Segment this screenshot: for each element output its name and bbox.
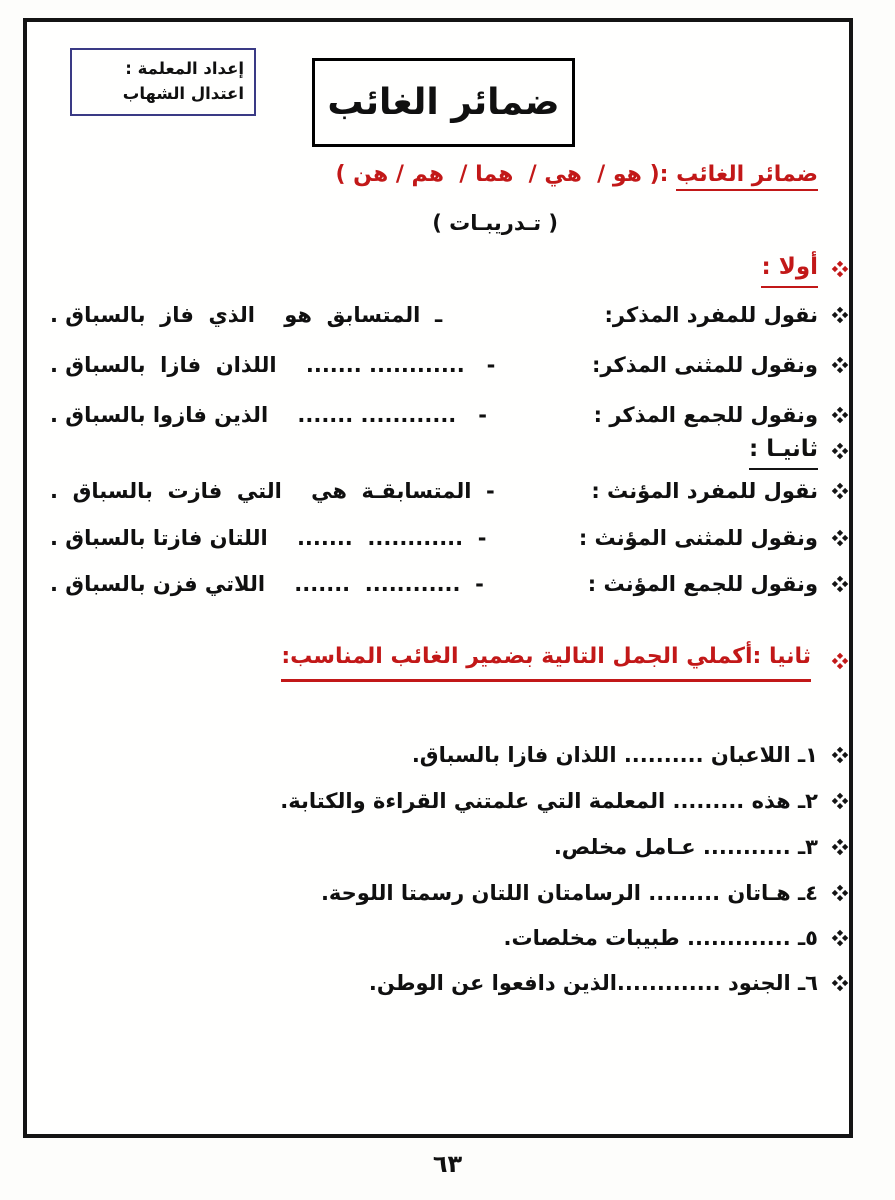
section-first-heading: أولا : — [761, 250, 818, 288]
diamond-bullet-icon — [831, 306, 849, 324]
exercise-item-5: ٥ـ ............. طبيبات مخلصات. — [504, 921, 819, 955]
rule-label: ونقول للجمع المؤنث : — [588, 567, 818, 601]
diamond-bullet-icon — [831, 575, 849, 593]
diamond-bullet-icon — [831, 974, 849, 992]
exercise-item-row: ١ـ اللاعبان .......... اللذان فازا بالسب… — [50, 738, 849, 772]
rule-content: - ............ ....... اللاتي فزن بالسبا… — [50, 567, 484, 601]
exercise-item-1: ١ـ اللاعبان .......... اللذان فازا بالسب… — [412, 738, 818, 772]
exercise-heading: ثانيا :أكملي الجمل التالية بضمير الغائب … — [281, 640, 811, 682]
rule-content: - المتسابقـة هي التي فازت بالسباق . — [50, 474, 495, 508]
exercise-item-row: ٥ـ ............. طبيبات مخلصات. — [50, 921, 849, 955]
exercise-item-row: ٤ـ هـاتان ......... الرسامتان اللتان رسم… — [50, 876, 849, 910]
section-first-heading-row: أولا : — [50, 250, 849, 288]
rule-row-fem-singular: نقول للمفرد المؤنث : - المتسابقـة هي الت… — [50, 474, 849, 508]
section-second-heading-row: ثانيـا : — [50, 432, 849, 470]
content-area: أولا : نقول للمفرد المذكر: ـ المتسابق هو… — [50, 0, 849, 1200]
rule-content: - ............ ....... اللتان فازتا بالس… — [50, 521, 486, 555]
rule-row-fem-dual: ونقول للمثنى المؤنث : - ............ ...… — [50, 521, 849, 555]
rule-label: ونقول للمثنى المذكر: — [592, 348, 818, 382]
diamond-bullet-icon — [831, 529, 849, 547]
rule-label: ونقول للجمع المذكر : — [594, 398, 818, 432]
exercise-item-row: ٦ـ الجنود .............الذين دافعوا عن ا… — [50, 966, 849, 1000]
diamond-bullet-icon — [831, 260, 849, 278]
exercise-item-4: ٤ـ هـاتان ......... الرسامتان اللتان رسم… — [321, 876, 818, 910]
diamond-bullet-icon — [831, 652, 849, 670]
exercise-item-row: ٢ـ هذه ......... المعلمة التي علمتني الق… — [50, 784, 849, 818]
section-second-heading: ثانيـا : — [749, 432, 818, 470]
exercise-item-2: ٢ـ هذه ......... المعلمة التي علمتني الق… — [280, 784, 818, 818]
rule-row-fem-plural: ونقول للجمع المؤنث : - ............ ....… — [50, 567, 849, 601]
rule-content: ـ المتسابق هو الذي فاز بالسباق . — [50, 298, 442, 332]
rule-label: ونقول للمثنى المؤنث : — [579, 521, 818, 555]
diamond-bullet-icon — [831, 442, 849, 460]
rule-row-masc-dual: ونقول للمثنى المذكر: - ............ ....… — [50, 348, 849, 382]
diamond-bullet-icon — [831, 746, 849, 764]
rule-content: - ............ ....... اللذان فازا بالسب… — [50, 348, 495, 382]
diamond-bullet-icon — [831, 406, 849, 424]
exercise-item-6: ٦ـ الجنود .............الذين دافعوا عن ا… — [369, 966, 818, 1000]
worksheet-page: إعداد المعلمة : اعتدال الشهاب ضمائر الغا… — [0, 0, 895, 1200]
exercise-item-3: ٣ـ ........... عـامل مخلص. — [554, 830, 818, 864]
diamond-bullet-icon — [831, 482, 849, 500]
rule-row-masc-singular: نقول للمفرد المذكر: ـ المتسابق هو الذي ف… — [50, 298, 849, 332]
exercise-item-row: ٣ـ ........... عـامل مخلص. — [50, 830, 849, 864]
rule-label: نقول للمفرد المذكر: — [605, 298, 818, 332]
exercise-heading-row: ثانيا :أكملي الجمل التالية بضمير الغائب … — [50, 640, 849, 682]
diamond-bullet-icon — [831, 884, 849, 902]
diamond-bullet-icon — [831, 792, 849, 810]
rule-row-masc-plural: ونقول للجمع المذكر : - ............ ....… — [50, 398, 849, 432]
diamond-bullet-icon — [831, 356, 849, 374]
rule-label: نقول للمفرد المؤنث : — [591, 474, 818, 508]
diamond-bullet-icon — [831, 929, 849, 947]
page-number: ٦٣ — [0, 1150, 895, 1178]
diamond-bullet-icon — [831, 838, 849, 856]
rule-content: - ............ ....... الذين فازوا بالسب… — [50, 398, 487, 432]
